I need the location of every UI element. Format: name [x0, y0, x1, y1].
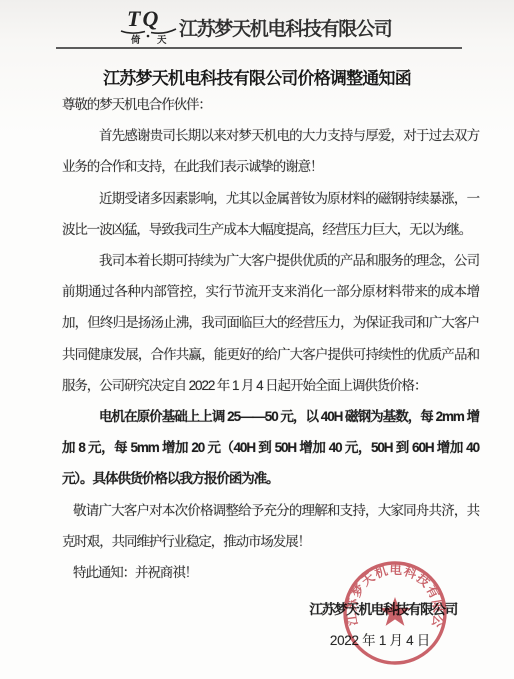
signature-company-name: 江苏梦天机电科技有限公司 [309, 598, 457, 618]
paragraph-decision: 我司本着长期可持续为广大客户提供优质的产品和服务的理念，公司前期通过各种内部管控… [62, 245, 479, 401]
closing-line: 特此通知：并祝商祺！ [62, 557, 479, 588]
logo-underline-left [121, 31, 145, 33]
logo-dot [147, 35, 150, 38]
paragraph-appeal: 敬请广大客户对本次价格调整给予充分的理解和支持，大家同舟共济，共克时艰，共同维护… [62, 495, 479, 557]
logo-main-text: TQ [127, 6, 160, 31]
paragraph-thanks: 首先感谢贵司长期以来对梦天机电的大力支持与厚爱，对于过去双方业务的合作和支持，在… [62, 120, 479, 182]
logo-sub-right-char: 天 [157, 35, 167, 46]
paragraph-price-details: 电机在原价基础上上调 25——50 元，以 40H 磁钢为基数，每 2mm 增加… [62, 401, 479, 495]
letter-body: 尊敬的梦天机电合作伙伴： 首先感谢贵司长期以来对梦天机电的大力支持与厚爱，对于过… [62, 89, 479, 588]
letter-page: TQ 倚 天 江苏梦天机电科技有限公司 江苏梦天机电科技有限公司价格调整通知函 … [0, 0, 514, 679]
signature-date: 2022 年 1 月 4 日 [330, 629, 430, 649]
logo-sub-left-char: 倚 [131, 34, 141, 46]
letterhead: TQ 倚 天 江苏梦天机电科技有限公司 [0, 0, 514, 47]
letter-title: 江苏梦天机电科技有限公司价格调整通知函 [0, 64, 514, 89]
tq-logo-icon: TQ 倚 天 [120, 5, 180, 47]
letterhead-divider [56, 47, 462, 49]
letterhead-company-name: 江苏梦天机电科技有限公司 [179, 14, 391, 41]
salutation: 尊敬的梦天机电合作伙伴： [62, 89, 479, 120]
paragraph-cost-rise: 近期受诸多因素影响，尤其以金属普钕为原材料的磁钢持续暴涨，一波比一波凶猛，导致我… [62, 183, 479, 245]
